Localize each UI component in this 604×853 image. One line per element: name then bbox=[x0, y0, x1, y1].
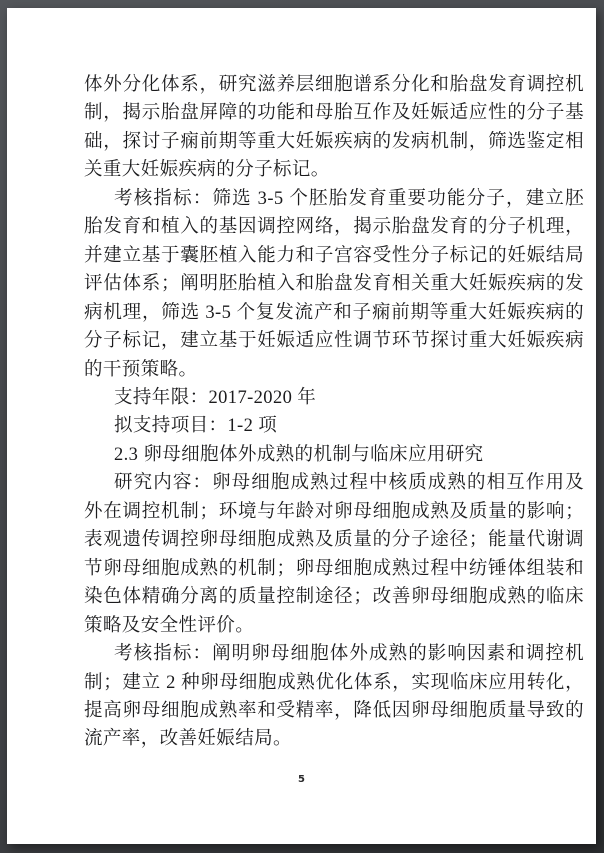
paragraph-planned-projects: 拟支持项目：1-2 项 bbox=[84, 412, 584, 440]
document-page: 体外分化体系，研究滋养层细胞谱系分化和胎盘发育调控机制，揭示胎盘屏障的功能和母胎… bbox=[7, 8, 596, 844]
section-heading-2-3: 2.3 卵母细胞体外成熟的机制与临床应用研究 bbox=[84, 441, 584, 469]
paragraph-continuation: 体外分化体系，研究滋养层细胞谱系分化和胎盘发育调控机制，揭示胎盘屏障的功能和母胎… bbox=[84, 71, 584, 185]
page-number: 5 bbox=[7, 774, 596, 786]
paragraph-assessment-indicators-1: 考核指标：筛选 3-5 个胚胎发育重要功能分子，建立胚胎发育和植入的基因调控网络… bbox=[84, 185, 584, 384]
paragraph-assessment-indicators-2: 考核指标：阐明卵母细胞体外成熟的影响因素和调控机制；建立 2 种卵母细胞成熟优化… bbox=[84, 640, 584, 754]
paragraph-research-content: 研究内容：卵母细胞成熟过程中核质成熟的相互作用及外在调控机制；环境与年龄对卵母细… bbox=[84, 469, 584, 640]
paragraph-support-years: 支持年限：2017-2020 年 bbox=[84, 384, 584, 412]
document-body: 体外分化体系，研究滋养层细胞谱系分化和胎盘发育调控机制，揭示胎盘屏障的功能和母胎… bbox=[84, 71, 584, 754]
